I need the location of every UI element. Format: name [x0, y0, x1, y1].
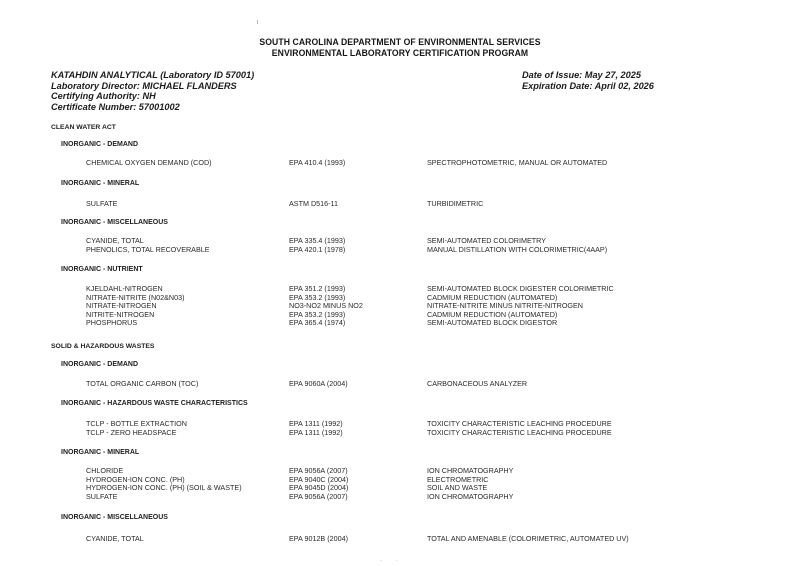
technique: TOTAL AND AMENABLE (COLORIMETRIC, AUTOMA… — [427, 535, 629, 544]
category-heading: INORGANIC - HAZARDOUS WASTE CHARACTERIST… — [61, 400, 248, 409]
expiration-date: Expiration Date: April 02, 2026 — [522, 81, 654, 92]
category-heading: INORGANIC - MINERAL — [61, 180, 139, 189]
technique: SPECTROPHOTOMETRIC, MANUAL OR AUTOMATED — [427, 159, 607, 168]
certifying-authority: Certifying Authority: NH — [51, 91, 254, 102]
analyte: CYANIDE, TOTAL — [86, 535, 144, 544]
issue-date: Date of Issue: May 27, 2025 — [522, 70, 654, 81]
method: ASTM D516-11 — [289, 200, 338, 209]
analyte: TCLP - ZERO HEADSPACE — [86, 429, 176, 438]
page-marker: - - — [380, 558, 404, 564]
agency-title: SOUTH CAROLINA DEPARTMENT OF ENVIRONMENT… — [32, 36, 768, 47]
category-heading: INORGANIC - MISCELLANEOUS — [61, 219, 168, 228]
method: EPA 9060A (2004) — [289, 380, 348, 389]
technique: TURBIDIMETRIC — [427, 200, 483, 209]
category-heading: INORGANIC - DEMAND — [61, 141, 138, 150]
category-heading: INORGANIC - DEMAND — [61, 361, 138, 370]
act-heading: SOLID & HAZARDOUS WASTES — [51, 343, 154, 352]
lab-director: Laboratory Director: MICHAEL FLANDERS — [51, 81, 254, 92]
lab-name: KATAHDIN ANALYTICAL (Laboratory ID 57001… — [51, 70, 254, 81]
technique: MANUAL DISTILLATION WITH COLORIMETRIC(4A… — [427, 246, 607, 255]
scan-mark — [257, 20, 258, 24]
analyte: SULFATE — [86, 200, 117, 209]
method: EPA 410.4 (1993) — [289, 159, 345, 168]
category-heading: INORGANIC - NUTRIENT — [61, 266, 143, 275]
lab-info-block: KATAHDIN ANALYTICAL (Laboratory ID 57001… — [51, 70, 254, 112]
analyte: PHENOLICS, TOTAL RECOVERABLE — [86, 246, 210, 255]
method: EPA 1311 (1992) — [289, 429, 343, 438]
analyte: TOTAL ORGANIC CARBON (TOC) — [86, 380, 198, 389]
program-title: ENVIRONMENTAL LABORATORY CERTIFICATION P… — [32, 47, 768, 58]
method: EPA 365.4 (1974) — [289, 319, 345, 328]
category-heading: INORGANIC - MINERAL — [61, 449, 139, 458]
analyte: CHEMICAL OXYGEN DEMAND (COD) — [86, 159, 212, 168]
analyte: PHOSPHORUS — [86, 319, 137, 328]
technique: TOXICITY CHARACTERISTIC LEACHING PROCEDU… — [427, 429, 612, 438]
certificate-number: Certificate Number: 57001002 — [51, 102, 254, 113]
technique: ION CHROMATOGRAPHY — [427, 493, 513, 502]
act-heading: CLEAN WATER ACT — [51, 124, 116, 133]
category-heading: INORGANIC - MISCELLANEOUS — [61, 514, 168, 523]
technique: CARBONACEOUS ANALYZER — [427, 380, 527, 389]
dates-block: Date of Issue: May 27, 2025 Expiration D… — [522, 70, 654, 91]
technique: SEMI-AUTOMATED BLOCK DIGESTOR — [427, 319, 557, 328]
method: EPA 9056A (2007) — [289, 493, 348, 502]
method: EPA 9012B (2004) — [289, 535, 348, 544]
analyte: SULFATE — [86, 493, 117, 502]
method: EPA 420.1 (1978) — [289, 246, 345, 255]
